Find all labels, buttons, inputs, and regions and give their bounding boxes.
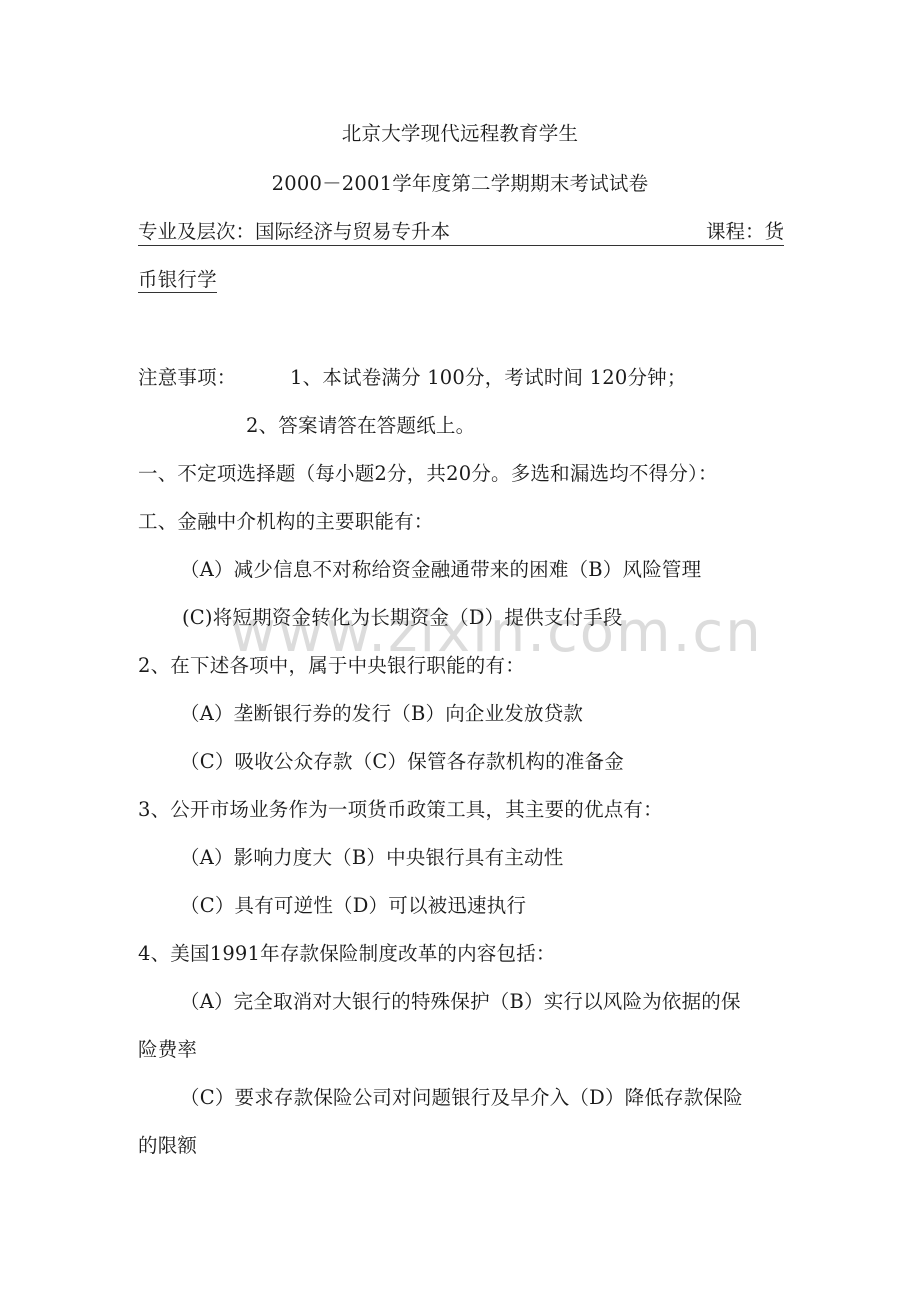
course-label: 课程：货 (706, 220, 784, 244)
course-name: 币银行学 (138, 268, 217, 293)
notes-label: 注意事项： (138, 366, 237, 390)
question-1-options-c-d: (C)将短期资金转化为长期资金（D）提供支付手段 (182, 606, 623, 630)
notes-item-2: 2、答案请答在答题纸上。 (246, 414, 475, 438)
exam-page: www.zixin.com.cn 北京大学现代远程教育学生 2000－2001学… (0, 0, 920, 1302)
question-4-options-a-b: （A）完全取消对大银行的特殊保护（B）实行以风险为依据的保 (180, 990, 741, 1014)
question-4-stem: 4、美国1991年存款保险制度改革的内容包括： (138, 942, 556, 966)
question-1-options-a-b: （A）减少信息不对称给资金融通带来的困难（B）风险管理 (180, 558, 701, 582)
question-3-stem: 3、公开市场业务作为一项货币政策工具，其主要的优点有： (138, 798, 663, 822)
section-1-title: 一、不定项选择题（每小题2分，共20分。多选和漏选均不得分）： (138, 462, 718, 486)
question-4-options-c-d: （C）要求存款保险公司对问题银行及早介入（D）降低存款保险 (180, 1086, 743, 1110)
course-label-continued: 币银行学 (138, 268, 217, 292)
notes-item-1: 1、本试卷满分 100分，考试时间 120分钟； (290, 366, 687, 390)
question-2-options-a-b: （A）垄断银行券的发行（B）向企业发放贷款 (180, 702, 583, 726)
question-1-stem: 工、金融中介机构的主要职能有： (138, 510, 434, 534)
question-3-options-c-d: （C）具有可逆性（D）可以被迅速执行 (180, 894, 526, 918)
question-3-options-a-b: （A）影响力度大（B）中央银行具有主动性 (180, 846, 563, 870)
question-2-options-c-d: （C）吸收公众存款（C）保管各存款机构的准备金 (180, 750, 624, 774)
document-body: 北京大学现代远程教育学生 2000－2001学年度第二学期期末考试试卷 专业及层… (0, 0, 920, 1302)
major-course-row: 专业及层次：国际经济与贸易专升本 课程：货 (138, 220, 784, 246)
question-4-options-a-b-wrap: 险费率 (138, 1038, 197, 1062)
exam-title: 2000－2001学年度第二学期期末考试试卷 (0, 172, 920, 196)
institution-title: 北京大学现代远程教育学生 (0, 122, 920, 146)
question-2-stem: 2、在下述各项中，属于中央银行职能的有： (138, 654, 525, 678)
major-label: 专业及层次：国际经济与贸易专升本 (138, 220, 450, 243)
question-4-options-c-d-wrap: 的限额 (138, 1134, 197, 1158)
